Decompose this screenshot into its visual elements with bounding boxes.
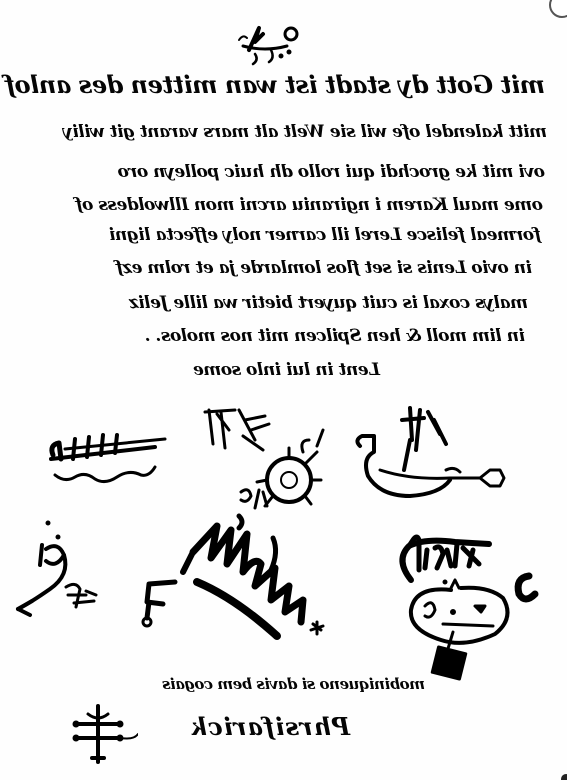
text-line-9: Lent in lui inlo some <box>130 360 380 380</box>
text-line-4: ome maul Karem i ngiraniu arcni mon Illw… <box>38 195 543 215</box>
text-line-5: formeal felisce Lerel ill carner noly ef… <box>36 225 541 245</box>
text-line-7: malys coxal is cuit quyert bietir wa lil… <box>48 293 528 313</box>
text-line-2: mitt kalendel ofe wil sie Welt alt mars … <box>52 122 547 142</box>
footer-text-line: mobiniqueno si davis bem cogais <box>55 675 425 693</box>
heart-lock-sigil-icon <box>385 530 555 695</box>
header-sigil-icon <box>235 20 305 70</box>
signature-text: Phrsifarick <box>150 712 350 741</box>
text-line-6: in ovio Lenis si set flos lomlarde ja et… <box>42 258 532 278</box>
text-line-1: mit Gott dy stadt ist wan mitten des anl… <box>50 70 545 99</box>
branched-cross-sigil-icon <box>68 700 138 770</box>
rayed-circle-sigil-icon <box>195 400 335 520</box>
page-corner-mark <box>549 0 567 18</box>
text-line-3: ovi mit ke grochdi qui rollo dh huic pol… <box>40 162 545 182</box>
text-line-8: in lim moll & hen Spilcen mit nos molos.… <box>45 326 525 346</box>
hook-trident-sigil-icon <box>350 400 520 510</box>
slanted-scrawl-sigil-icon <box>135 512 345 652</box>
page-corner-dot <box>561 774 567 780</box>
hatched-rake-sigil-icon <box>45 425 175 495</box>
arrow-squiggle-sigil-icon <box>10 515 110 625</box>
manuscript-page: mit Gott dy stadt ist wan mitten des anl… <box>0 0 567 780</box>
